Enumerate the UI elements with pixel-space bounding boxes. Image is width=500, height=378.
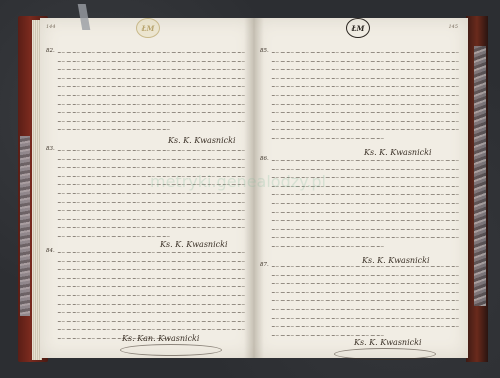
marbled-edge-left [20,136,30,316]
stamp-text: ŁM [352,24,365,33]
page-number-right: 145 [448,24,458,30]
marbled-edge-right [474,46,486,306]
handwritten-text [58,146,246,241]
stamp-text: ŁM [142,24,155,33]
priest-signature: Ks. Kan. Kwasnicki [122,334,199,343]
handwritten-text [272,262,460,339]
handwritten-text [58,48,246,134]
page-number-left: 144 [46,24,56,30]
watermark: metryki.genealodzy.pl [150,172,326,191]
record-number: 83. [46,146,55,152]
priest-signature: Ks. K. Kwasnicki [168,136,236,145]
handwritten-text [58,248,246,343]
record-number: 84. [46,248,55,254]
signature-flourish [120,344,222,356]
handwritten-text [272,48,460,143]
record-number: 82. [46,48,55,54]
signature-flourish [334,348,436,360]
stamp-left: ŁM [136,18,160,38]
book-cover-right [466,16,488,362]
stamp-right: ŁM [346,18,370,38]
handwritten-text [272,156,460,251]
priest-signature: Ks. K. Kwasnicki [354,338,422,347]
